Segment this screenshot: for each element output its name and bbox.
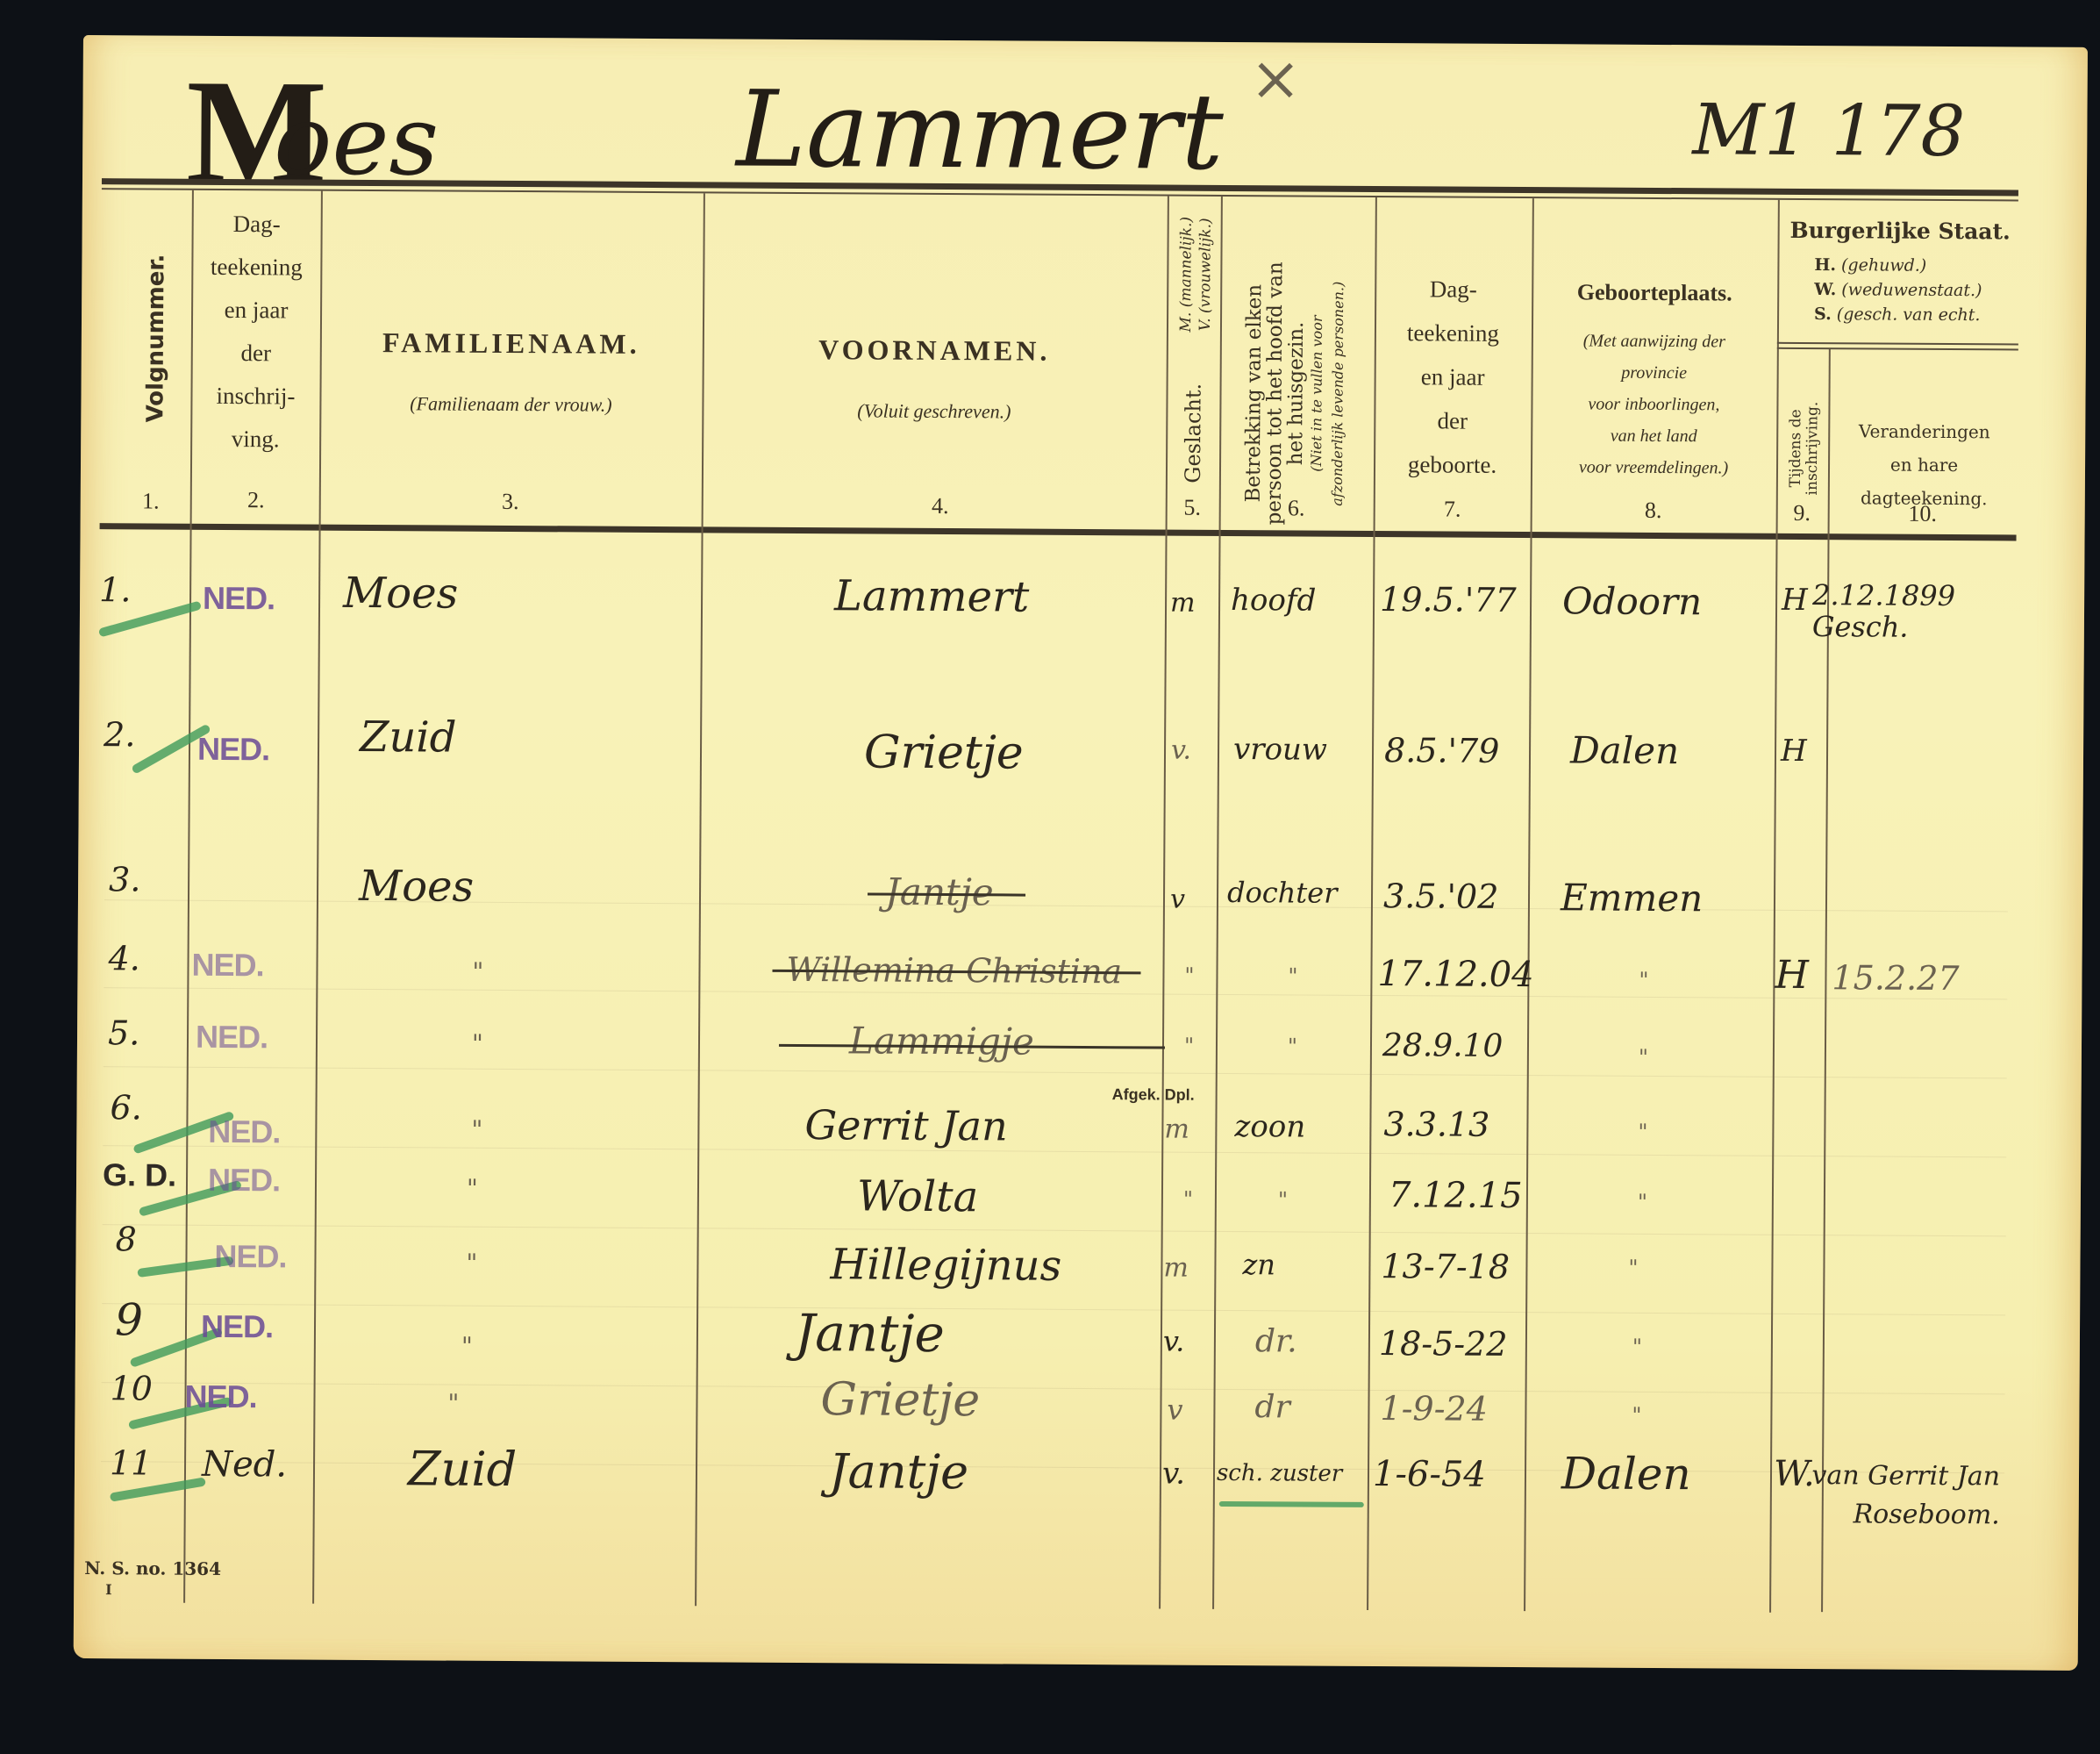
row-1-given: Lammert <box>834 571 1030 621</box>
row-11-relation: sch. zuster <box>1217 1460 1342 1487</box>
row-5-birth-date: 28.9.10 <box>1382 1027 1504 1064</box>
row-6-num: 6. <box>110 1088 142 1127</box>
row-5-birthplace-ditto: " <box>1639 1045 1648 1070</box>
row-10-surname-ditto: " <box>447 1389 459 1418</box>
header-familienaam-sub: (Familienaam der vrouw.) <box>319 392 702 418</box>
row-10-relation: dr <box>1254 1389 1290 1425</box>
row-2-civil-state: H <box>1781 734 1807 769</box>
row-2-surname: Zuid <box>360 712 457 762</box>
burgerlijke-staat-rule-2 <box>1777 347 2018 351</box>
row-8-relation: zn <box>1242 1248 1275 1281</box>
row-8-birth-date: 13-7-18 <box>1381 1247 1510 1286</box>
row-11-given: Jantje <box>829 1443 968 1500</box>
row-3-birthplace: Emmen <box>1561 876 1704 920</box>
row-3-birth-date: 3.5.'02 <box>1383 877 1499 916</box>
row-6-surname-ditto: " <box>471 1115 482 1144</box>
row-6-afgek-stamp: Afgek. Dpl. <box>1112 1085 1195 1105</box>
row-1-sex: m <box>1170 588 1196 619</box>
row-7-nationality-stamp: NED. <box>208 1162 280 1199</box>
row-2-nationality-stamp: NED. <box>197 731 269 769</box>
colnum-2: 2. <box>221 487 291 513</box>
row-1-changes: 2.12.1899 Gesch. <box>1812 579 1988 643</box>
row-9-sex: v. <box>1163 1325 1185 1358</box>
row-6-birth-date: 3.3.13 <box>1383 1105 1489 1144</box>
row-7-surname-ditto: " <box>467 1174 478 1203</box>
row-1-surname: Moes <box>343 569 458 619</box>
row-guide <box>101 1461 2004 1473</box>
row-guide <box>103 1224 2006 1236</box>
colnum-1: 1. <box>116 488 186 514</box>
header-voornamen: VOORNAMEN. <box>703 333 1167 368</box>
row-11-num: 11 <box>110 1443 153 1482</box>
header-bottom-rule <box>100 523 2017 541</box>
row-guide <box>102 1303 2005 1315</box>
row-9-relation: dr. <box>1255 1323 1297 1359</box>
row-10-birthplace-ditto: " <box>1632 1403 1641 1428</box>
row-8-num: 8 <box>115 1220 136 1258</box>
colnum-7: 7. <box>1418 496 1488 522</box>
row-3-given-struck: Jantje <box>885 870 994 914</box>
row-7-birth-date: 7.12.15 <box>1389 1175 1523 1216</box>
header-volgnummer: Volgnummer. <box>142 237 169 439</box>
reference-number: M1 178 <box>1692 89 1965 172</box>
row-7-gd-stamp: G. D. <box>103 1156 176 1194</box>
row-2-birth-date: 8.5.'79 <box>1384 731 1500 770</box>
row-7-given: Wolta <box>857 1171 979 1221</box>
row-4-birth-date: 17.12.04 <box>1377 954 1533 995</box>
row-11-nationality: Ned. <box>202 1444 287 1486</box>
header-voornamen-sub: (Voluit geschreven.) <box>702 398 1166 424</box>
row-11-changes: van Gerrit Jan Roseboom. <box>1772 1457 2001 1536</box>
col-line-5 <box>1212 197 1223 1609</box>
row-2-relation: vrouw <box>1233 732 1327 768</box>
row-1-nationality-stamp: NED. <box>203 580 275 618</box>
row-3-num: 3. <box>109 860 141 898</box>
colnum-6: 6. <box>1261 495 1332 521</box>
row-11-surname: Zuid <box>408 1441 518 1497</box>
legend-s: S. (gesch. van echt. <box>1814 302 1982 327</box>
row-4-num: 4. <box>108 939 140 977</box>
row-5-sex-ditto: " <box>1184 1034 1194 1058</box>
legend-h: H. (gehuwd.) <box>1814 253 1982 278</box>
row-1-relation: hoofd <box>1231 583 1316 619</box>
row-5-nationality-stamp: NED. <box>196 1019 268 1056</box>
row-guide <box>104 1066 2007 1078</box>
colnum-3: 3. <box>475 489 546 515</box>
row-2-birthplace: Dalen <box>1570 728 1679 772</box>
row-2-given: Grietje <box>864 726 1024 779</box>
row-1-civil-state: H <box>1782 583 1808 618</box>
row-7-relation-ditto: " <box>1278 1187 1288 1212</box>
row-9-given: Jantje <box>795 1303 945 1364</box>
row-5-surname-ditto: " <box>472 1029 483 1058</box>
row-6-birthplace-ditto: " <box>1638 1120 1647 1144</box>
row-10-birth-date: 1-9-24 <box>1380 1389 1488 1428</box>
row-11-birth-date: 1-6-54 <box>1373 1454 1486 1495</box>
registration-card: M oes Lammert × M1 178 Volgnummer. Dag- … <box>74 35 2088 1671</box>
row-4-sex-ditto: " <box>1184 963 1194 988</box>
row-7-sex-ditto: " <box>1183 1187 1193 1212</box>
row-1-birth-date: 19.5.'77 <box>1380 580 1517 619</box>
legend-w: W. (weduwenstaat.) <box>1814 277 1982 303</box>
row-4-surname-ditto: " <box>472 957 483 986</box>
colnum-10: 10. <box>1888 501 1958 527</box>
row-8-given: Hillegijnus <box>830 1240 1061 1291</box>
header-burgerlijke-staat: Burgerlijke Staat. <box>1780 218 2021 245</box>
colnum-9: 9. <box>1776 500 1828 526</box>
row-3-relation: dochter <box>1227 876 1338 910</box>
row-6-nationality-stamp: NED. <box>208 1113 280 1151</box>
row-4-changes: 15.2.27 <box>1832 958 1959 998</box>
row-8-surname-ditto: " <box>466 1249 477 1278</box>
colnum-8: 8. <box>1618 498 1689 524</box>
row-10-nationality-stamp: NED. <box>184 1378 256 1416</box>
row-guide <box>103 1145 2006 1157</box>
row-6-sex: m <box>1164 1114 1189 1145</box>
row-10-num: 10 <box>110 1369 153 1407</box>
row-1-birthplace: Odoorn <box>1562 579 1702 623</box>
header-dagteekening-geboorte: Dag- teekening en jaar der geboorte. <box>1374 267 1532 487</box>
row-9-birth-date: 18-5-22 <box>1379 1324 1508 1364</box>
row-11-birthplace: Dalen <box>1561 1448 1691 1500</box>
row-9-nationality-stamp: NED. <box>201 1308 273 1346</box>
row-11-sex: v. <box>1162 1457 1185 1492</box>
row-4-relation-ditto: " <box>1288 963 1297 988</box>
header-geslacht-legend: M. (mannelijk.) V. (vrouwelijk.) <box>1176 187 1216 362</box>
row-9-surname-ditto: " <box>461 1332 473 1361</box>
row-2-sex: v. <box>1171 735 1191 766</box>
row-4-nationality-stamp: NED. <box>191 947 263 984</box>
row-1-num: 1. <box>99 570 132 609</box>
row-6-given: Gerrit Jan <box>804 1101 1008 1149</box>
row-9-num: 9 <box>115 1294 143 1345</box>
header-dagteekening-inschrijving: Dag- teekening en jaar der inschrij- vin… <box>193 203 319 462</box>
row-5-relation-ditto: " <box>1288 1034 1297 1058</box>
header-geboorteplaats: Geboorteplaats. <box>1532 279 1777 307</box>
given-name-title: Lammert <box>736 69 1224 194</box>
row-4-birthplace-ditto: " <box>1639 968 1648 992</box>
header-betrekking: Betrekking van elken persoon tot het hoo… <box>1243 253 1350 534</box>
row-6-relation: zoon <box>1234 1109 1305 1144</box>
colnum-5: 5. <box>1166 495 1219 521</box>
burgerlijke-staat-legend: H. (gehuwd.) W. (weduwenstaat.) S. (gesc… <box>1814 253 1982 327</box>
row-9-birthplace-ditto: " <box>1632 1335 1642 1359</box>
form-sub: I <box>105 1581 112 1598</box>
row-3-surname: Moes <box>359 862 474 912</box>
row-guide <box>102 1382 2005 1394</box>
header-familienaam: FAMILIENAAM. <box>320 326 703 362</box>
row-8-birthplace-ditto: " <box>1628 1256 1638 1280</box>
row-8-nationality-stamp: NED. <box>214 1238 286 1276</box>
row-4-civil-state: H <box>1775 953 1809 998</box>
header-geboorteplaats-sub: (Met aanwijzing der provincie voor inboo… <box>1531 325 1777 484</box>
form-number: N. S. no. 1364 <box>84 1557 221 1579</box>
row-10-sex: v <box>1167 1393 1182 1427</box>
row-3-sex: v <box>1170 884 1185 915</box>
row-5-given-struck: Lammigje <box>849 1019 1034 1063</box>
row-2-num: 2. <box>104 715 136 754</box>
row-7-birthplace-ditto: " <box>1638 1190 1647 1214</box>
burgerlijke-staat-rule <box>1777 342 2018 346</box>
row-8-sex: m <box>1163 1253 1189 1284</box>
pencil-mark-x: × <box>1249 42 1301 114</box>
green-underline-mark <box>1219 1501 1364 1507</box>
row-5-num: 5. <box>108 1013 140 1052</box>
header-tijdens-inschrijving: Tijdens de inschrijving. <box>1788 391 1822 505</box>
colnum-4: 4. <box>905 493 975 519</box>
row-10-given: Grietje <box>820 1373 980 1427</box>
